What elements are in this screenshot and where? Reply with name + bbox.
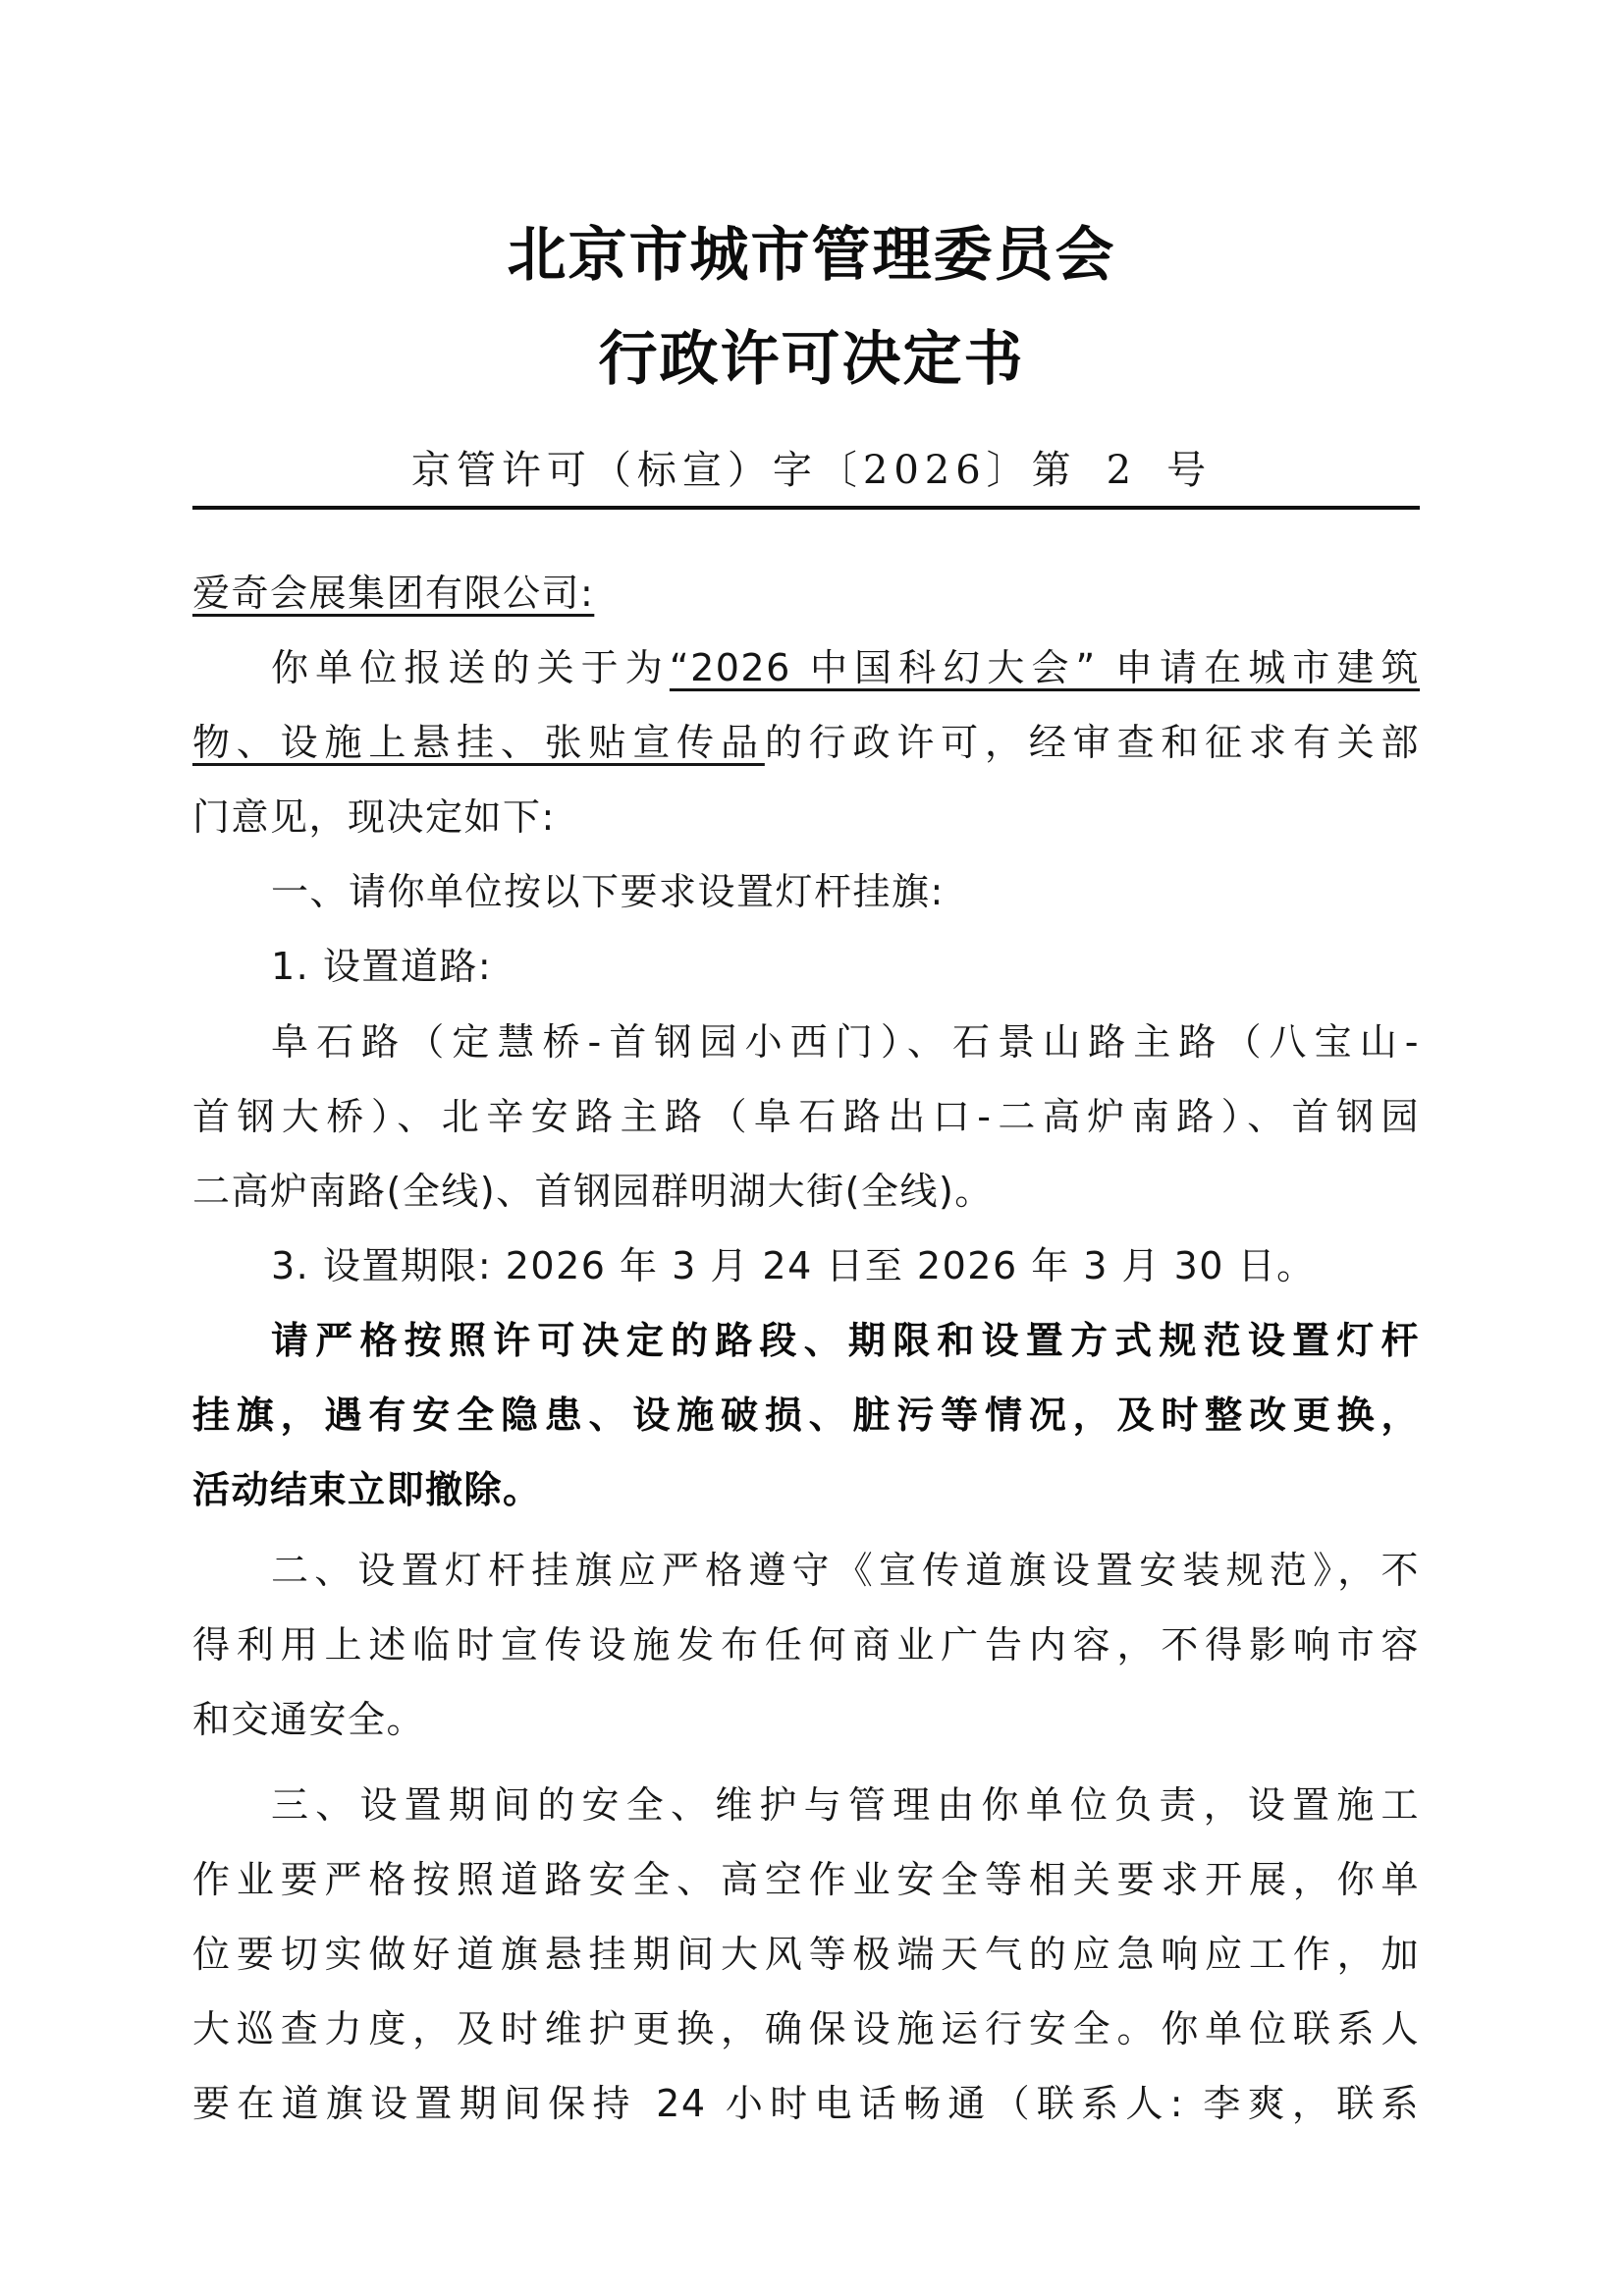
section-3-line-5: 要在道旗设置期间保持 24 小时电话畅通（联系人: 李爽，联系 bbox=[192, 2080, 1420, 2127]
intro-underlined-item: 物、设施上悬挂、张贴宣传品 bbox=[192, 721, 765, 764]
section-3-line-3: 位要切实做好道旗悬挂期间大风等极端天气的应急响应工作，加 bbox=[192, 1931, 1420, 1978]
section-2-line-2: 得利用上述临时宣传设施发布任何商业广告内容，不得影响市容 bbox=[192, 1621, 1420, 1668]
header-divider bbox=[192, 506, 1420, 510]
roads-line-3: 二高炉南路(全线)、首钢园群明湖大街(全线)。 bbox=[192, 1168, 1420, 1215]
intro-line-2: 物、设施上悬挂、张贴宣传品的行政许可，经审查和征求有关部 bbox=[192, 719, 1420, 766]
section-1-item-1-heading: 1. 设置道路: bbox=[192, 943, 1420, 990]
intro-underlined-event: “2026 中国科幻大会” 申请在城市建筑 bbox=[670, 646, 1420, 689]
document-title: 行政许可决定书 bbox=[0, 312, 1623, 397]
issuer-title: 北京市城市管理委员会 bbox=[0, 208, 1623, 293]
section-3-line-1: 三、设置期间的安全、维护与管理由你单位负责，设置施工 bbox=[192, 1781, 1420, 1829]
document-page: 北京市城市管理委员会 行政许可决定书 京管许可（标宣）字〔2026〕第2号 爱奇… bbox=[0, 0, 1623, 2296]
roads-line-2: 首钢大桥）、北辛安路主路（阜石路出口-二高炉南路）、首钢园 bbox=[192, 1093, 1420, 1140]
section-2-line-3: 和交通安全。 bbox=[192, 1696, 1420, 1743]
doc-number-prefix: 京管许可（标宣）字〔2026〕第 bbox=[411, 448, 1077, 493]
section-1-heading: 一、请你单位按以下要求设置灯杆挂旗: bbox=[192, 868, 1420, 915]
addressee: 爱奇会展集团有限公司: bbox=[192, 570, 1420, 617]
intro-text: 的行政许可，经审查和征求有关部 bbox=[765, 721, 1420, 764]
section-3-line-4: 大巡查力度，及时维护更换，确保设施运行安全。你单位联系人 bbox=[192, 2005, 1420, 2052]
intro-line-1: 你单位报送的关于为“2026 中国科幻大会” 申请在城市建筑 bbox=[192, 644, 1420, 691]
bold-notice-line-2: 挂旗，遇有安全隐患、设施破损、脏污等情况，及时整改更换， bbox=[192, 1392, 1420, 1439]
bold-notice-line-1: 请严格按照许可决定的路段、期限和设置方式规范设置灯杆 bbox=[192, 1317, 1420, 1364]
roads-line-1: 阜石路（定慧桥-首钢园小西门）、石景山路主路（八宝山- bbox=[192, 1018, 1420, 1066]
document-number: 京管许可（标宣）字〔2026〕第2号 bbox=[0, 439, 1623, 495]
section-1-period: 3. 设置期限: 2026 年 3 月 24 日至 2026 年 3 月 30 … bbox=[192, 1242, 1420, 1289]
addressee-name: 爱奇会展集团有限公司: bbox=[192, 572, 594, 615]
doc-number-suffix: 号 bbox=[1166, 448, 1212, 493]
section-3-line-2: 作业要严格按照道路安全、高空作业安全等相关要求开展，你单 bbox=[192, 1856, 1420, 1903]
intro-line-3: 门意见，现决定如下: bbox=[192, 793, 1420, 841]
intro-text: 你单位报送的关于为 bbox=[271, 646, 670, 689]
bold-notice-line-3: 活动结束立即撤除。 bbox=[192, 1466, 1420, 1513]
doc-number-value: 2 bbox=[1107, 448, 1137, 493]
section-2-line-1: 二、设置灯杆挂旗应严格遵守《宣传道旗设置安装规范》，不 bbox=[192, 1547, 1420, 1594]
